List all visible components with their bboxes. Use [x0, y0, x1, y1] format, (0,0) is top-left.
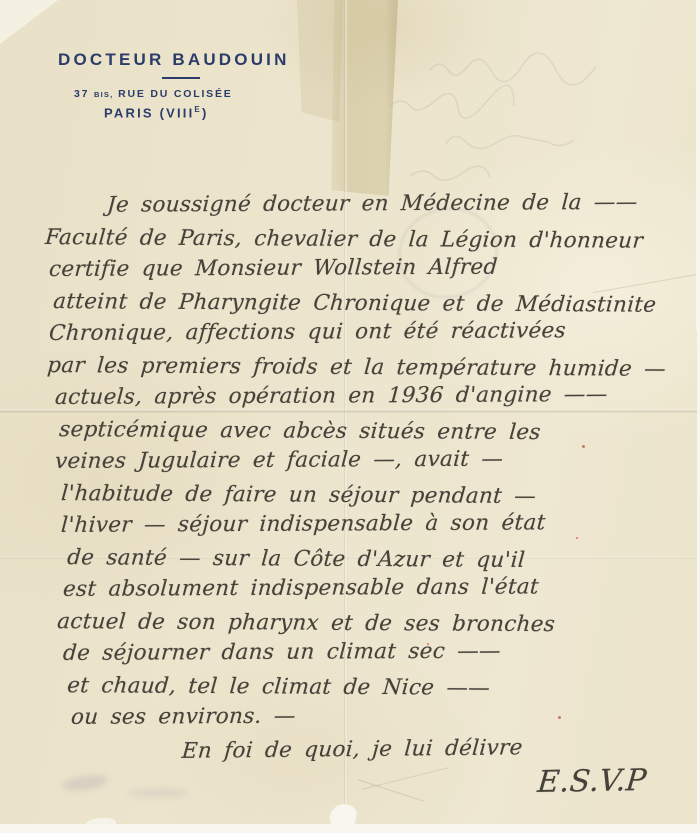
letterhead-street-name: RUE DU COLISÉE [118, 88, 232, 100]
letterhead: DOCTEUR BAUDOUIN 37 BIS, RUE DU COLISÉE … [58, 50, 298, 120]
bleed-through-writing [350, 48, 690, 198]
letterhead-rule [162, 77, 200, 79]
scan-edge-right [696, 0, 700, 330]
letterhead-street-number: 37 [74, 88, 89, 100]
letterhead-street-bis: BIS, [94, 90, 113, 99]
handwritten-line: Chronique, affections qui ont été réacti… [44, 315, 676, 350]
handwritten-line: ou ses environs. — [44, 699, 676, 734]
handwritten-line: Je soussigné docteur en Médecine de la —… [44, 187, 676, 222]
letterhead-city-superscript: E [194, 105, 202, 114]
letter-body: Je soussigné docteur en Médecine de la —… [44, 190, 674, 806]
handwritten-line: l'hiver — séjour indispensable à son éta… [44, 507, 676, 542]
letterhead-doctor-name: DOCTEUR BAUDOUIN [58, 50, 298, 70]
handwritten-line: certifie que Monsieur Wollstein Alfred [44, 251, 676, 286]
scanned-letter: DOCTEUR BAUDOUIN 37 BIS, RUE DU COLISÉE … [0, 0, 700, 833]
tear-nick-bottom-left [86, 817, 117, 829]
letterhead-street: 37 BIS, RUE DU COLISÉE [74, 88, 298, 100]
handwritten-line: de séjourner dans un climat sec —— [44, 635, 676, 670]
handwritten-line: veines Jugulaire et faciale —, avait — [44, 443, 676, 478]
handwritten-line: est absolument indispensable dans l'état [44, 571, 676, 606]
handwritten-line: actuels, après opération en 1936 d'angin… [44, 379, 676, 414]
letterhead-city: PARIS (VIIIE) [104, 105, 298, 120]
